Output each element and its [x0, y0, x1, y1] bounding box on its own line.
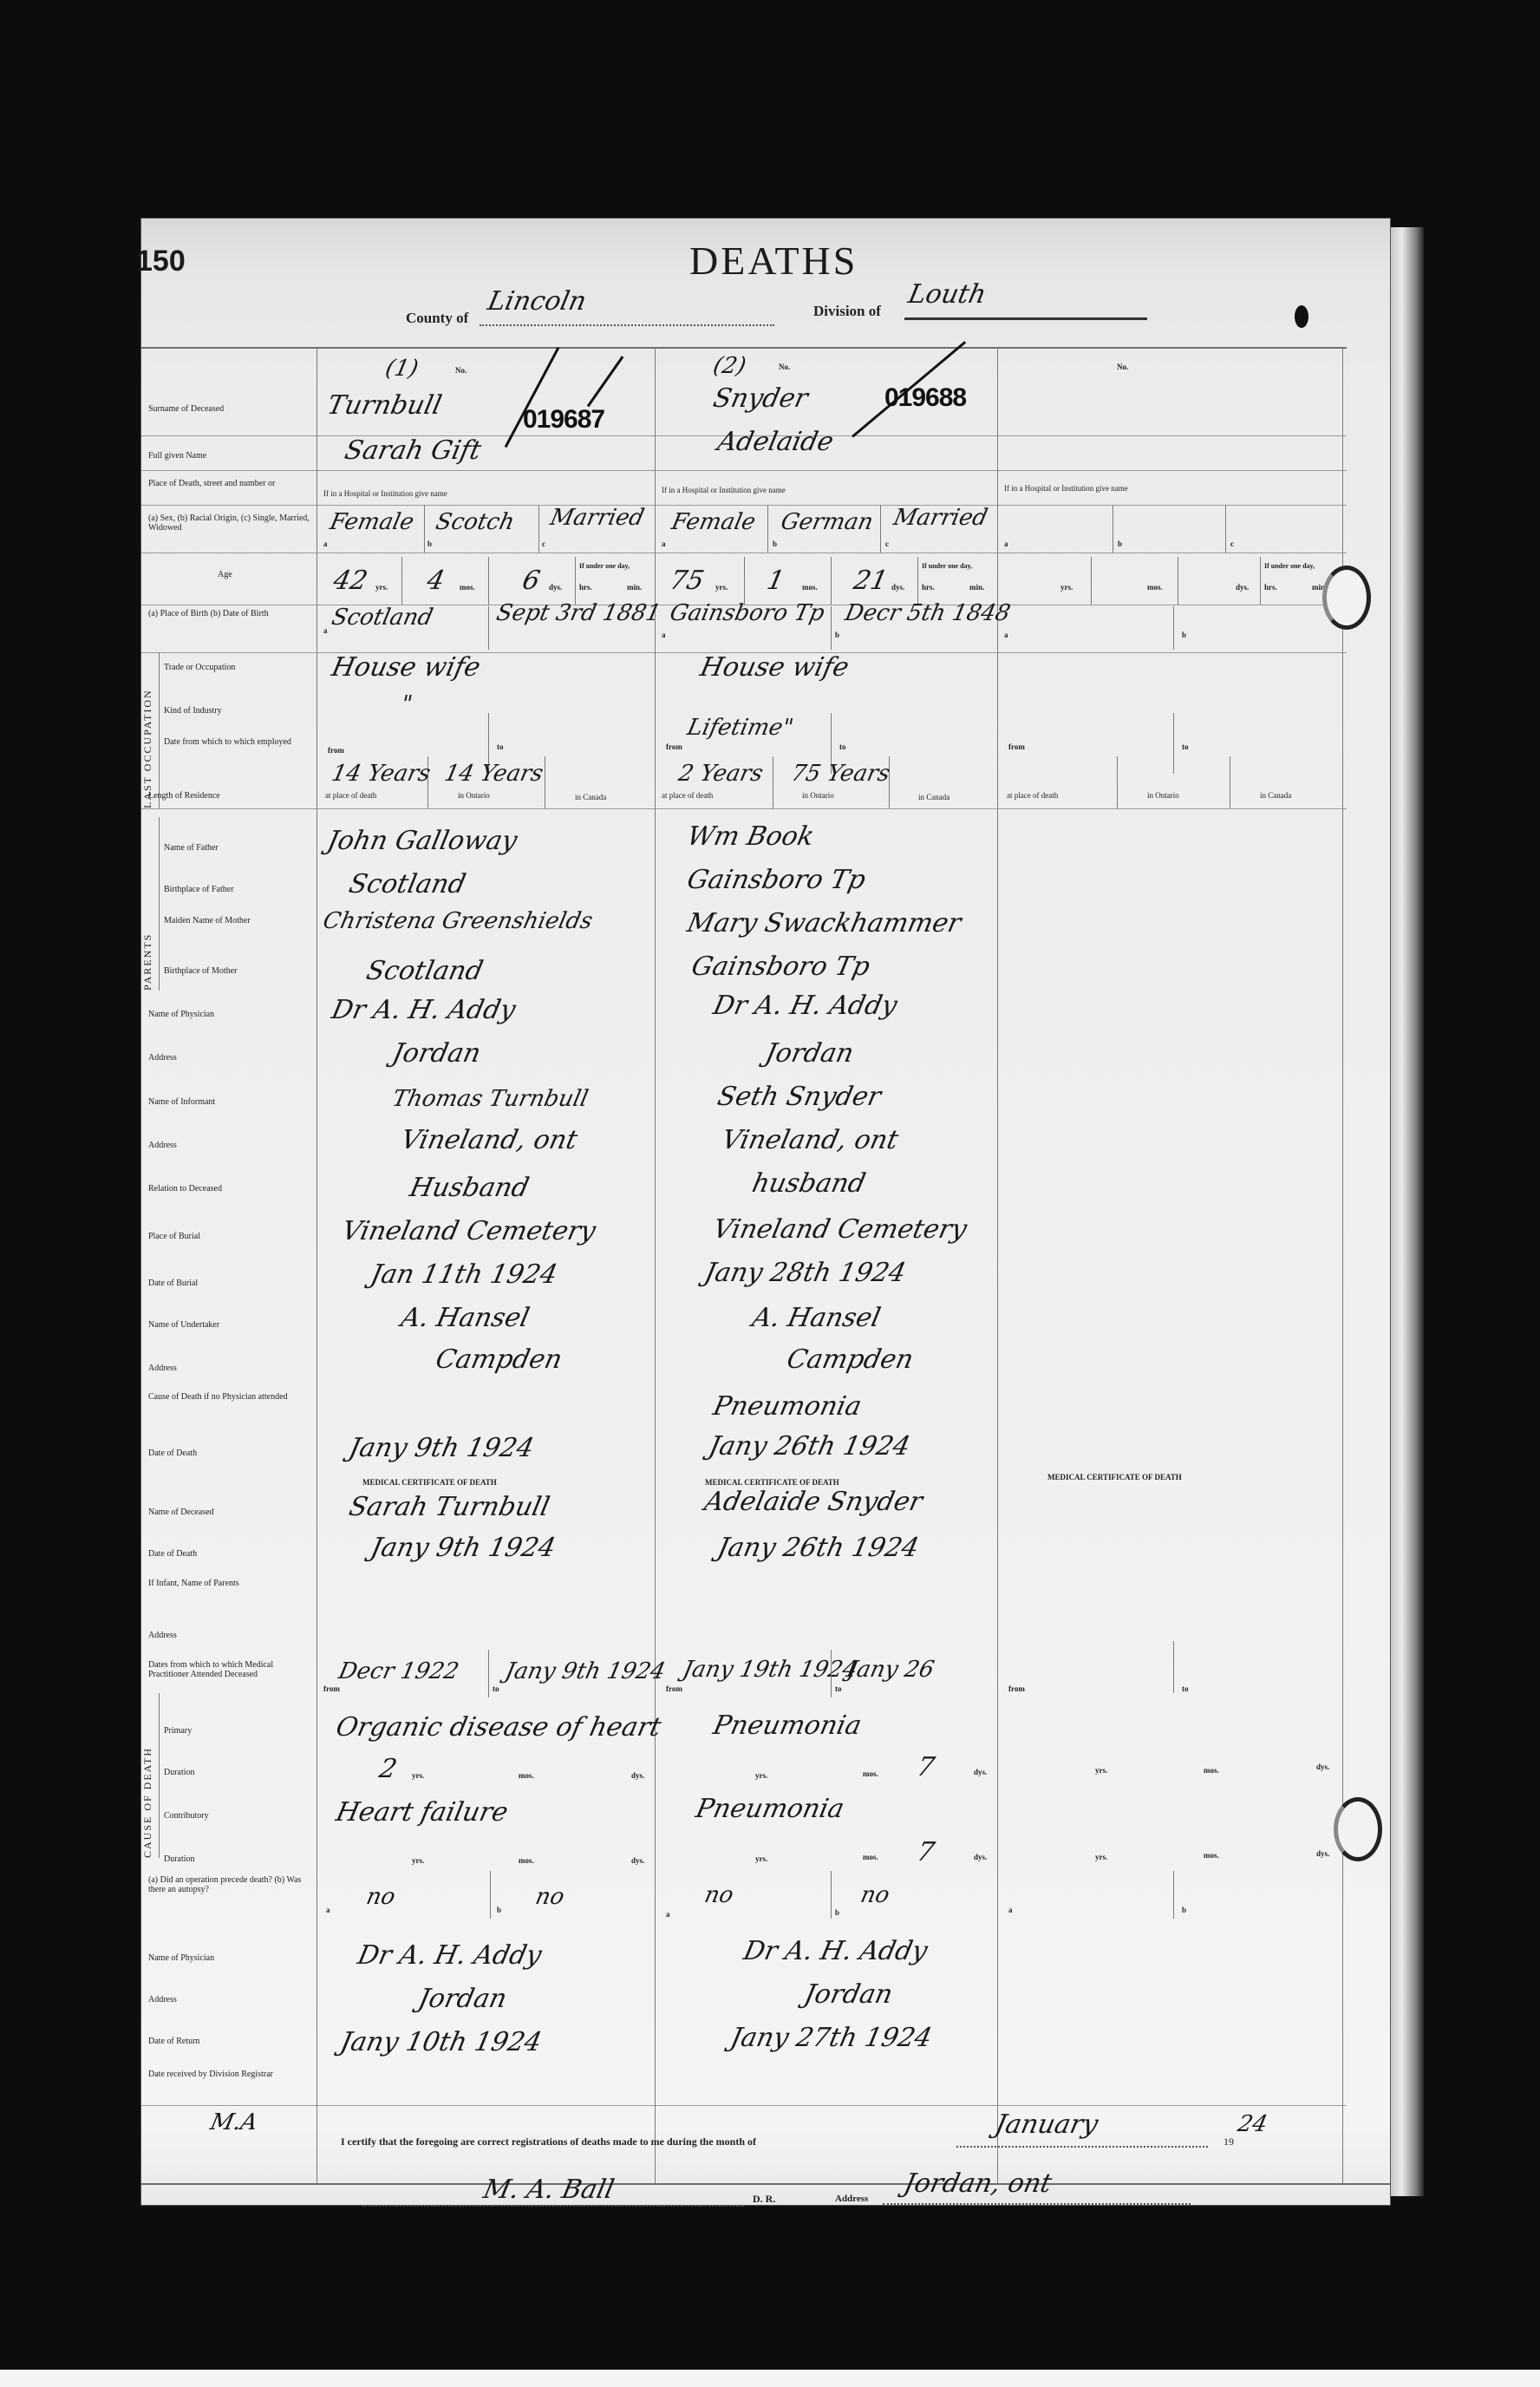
label-cert-name: Name of Deceased: [148, 1507, 214, 1517]
record-1-date-of-return: Jany 10th 1924: [337, 2027, 545, 2057]
label-physician: Name of Physician: [148, 1010, 214, 1019]
binder-hole-bottom: [1334, 1797, 1382, 1861]
label-employed: Date from which to which employed: [164, 737, 303, 747]
record-1-age-mos: 4: [424, 566, 447, 596]
record-2-physician-address: Jordan: [762, 1038, 856, 1069]
month-line: [956, 2146, 1208, 2148]
address-line: [883, 2203, 1191, 2205]
record-2-informant: Seth Snyder: [715, 1082, 884, 1112]
record-1-father: John Galloway: [324, 826, 519, 856]
record-1-contributory: Heart failure: [333, 1797, 511, 1828]
record-1-trade: House wife: [329, 652, 483, 683]
label-father-birthplace: Birthplace of Father: [164, 885, 234, 894]
record-2-age-yrs: 75: [667, 566, 707, 596]
record-1-mother-birthplace: Scotland: [363, 956, 486, 986]
record-1-relation: Husband: [407, 1173, 532, 1203]
hospital-note-3: If in a Hospital or Institution give nam…: [1004, 484, 1128, 493]
record-1-industry: ": [399, 691, 414, 717]
record-2-age-mos: 1: [764, 566, 787, 596]
record-2-primary-cause: Pneumonia: [710, 1710, 864, 1741]
record-2-birth-date: Decr 5th 1848: [843, 600, 1013, 626]
record-2-number: (2): [711, 353, 748, 379]
label-relation: Relation to Deceased: [148, 1184, 222, 1193]
label-operation: (a) Did an operation precede death? (b) …: [148, 1875, 304, 1894]
label-sex-origin: (a) Sex, (b) Racial Origin, (c) Single, …: [148, 513, 313, 533]
record-1-res-ontario: 14 Years: [442, 761, 545, 787]
hospital-note-1: If in a Hospital or Institution give nam…: [323, 489, 447, 498]
label-informant-address: Address: [148, 1141, 177, 1150]
label-surname: Surname of Deceased: [148, 404, 224, 414]
record-1-stamp: 019687: [523, 405, 604, 435]
record-1-date-of-death: Jany 9th 1924: [346, 1433, 537, 1463]
dr-label: D. R.: [753, 2193, 775, 2205]
registrar-signature: M. A. Ball: [480, 2174, 617, 2205]
page-fold-edge: [1387, 227, 1424, 2196]
record-2-burial-place: Vineland Cemetery: [710, 1214, 969, 1245]
division-value: Louth: [905, 279, 989, 310]
no-label-1: No.: [455, 366, 467, 375]
record-1-number: (1): [383, 356, 421, 382]
record-1-attended-to: Jany 9th 1924: [503, 1658, 668, 1684]
label-primary: Primary: [164, 1726, 192, 1736]
label-residence: Length of Residence: [148, 791, 220, 801]
record-1-informant-address: Vineland, ont: [398, 1125, 580, 1155]
record-2-cert-physician: Dr A. H. Addy: [741, 1936, 930, 1966]
record-1-given-name: Sarah Gift: [342, 435, 484, 466]
record-2-mother-maiden: Mary Swackhammer: [684, 908, 963, 938]
record-2-age-dys: 21: [851, 566, 891, 596]
record-2-date-of-death: Jany 26th 1924: [706, 1431, 913, 1462]
record-1-origin: Scotch: [434, 509, 517, 535]
record-2-given-name: Adelaide: [715, 427, 836, 457]
record-2-primary-dys: 7: [914, 1752, 937, 1782]
record-2-physician: Dr A. H. Addy: [710, 991, 899, 1021]
record-2-origin: German: [779, 509, 876, 535]
med-cert-heading-3: MEDICAL CERTIFICATE OF DEATH: [1047, 1473, 1182, 1481]
record-2-operation: no: [702, 1882, 736, 1908]
label-undertaker-address: Address: [148, 1364, 177, 1373]
page-number: 150: [136, 245, 186, 278]
certify-text: I certify that the foregoing are correct…: [341, 2135, 756, 2148]
record-1-cert-physician-address: Jordan: [415, 1984, 509, 2014]
no-label-2: No.: [779, 363, 790, 371]
record-2-mother-birthplace: Gainsboro Tp: [688, 952, 872, 982]
record-2-cert-name: Adelaide Snyder: [701, 1487, 925, 1517]
label-attended: Dates from which to which Medical Practi…: [148, 1660, 304, 1679]
record-2-cert-physician-address: Jordan: [801, 1979, 895, 2010]
label-parents: PARENTS: [141, 817, 154, 991]
record-1-cert-date-of-death: Jany 9th 1924: [368, 1533, 558, 1563]
label-age: Age: [218, 570, 232, 579]
record-1-operation: no: [364, 1884, 398, 1910]
address-label: Address: [835, 2193, 868, 2205]
label-duration-primary: Duration: [164, 1768, 195, 1777]
label-birth: (a) Place of Birth (b) Date of Birth: [148, 609, 278, 618]
label-cause-no-physician: Cause of Death if no Physician attended: [148, 1392, 304, 1402]
record-1-burial-place: Vineland Cemetery: [339, 1216, 598, 1246]
record-1-age-dys: 6: [519, 566, 543, 596]
binder-hole-top: [1322, 566, 1371, 630]
record-2-undertaker: A. Hansel: [749, 1303, 883, 1333]
footer-address: Jordan, ont: [901, 2168, 1054, 2199]
record-2-father: Wm Book: [684, 821, 817, 852]
label-cert-physician: Name of Physician: [148, 1953, 214, 1963]
record-2-attended-from: Jany 19th 1924: [681, 1657, 860, 1683]
label-infant-address: Address: [148, 1631, 177, 1640]
record-1-undertaker: A. Hansel: [398, 1303, 532, 1333]
record-2-trade: House wife: [697, 652, 852, 683]
record-1-autopsy: no: [533, 1884, 567, 1910]
record-2-informant-address: Vineland, ont: [719, 1125, 901, 1155]
record-2-father-birthplace: Gainsboro Tp: [684, 865, 868, 895]
label-date-received: Date received by Division Registrar: [148, 2070, 296, 2079]
footer-month: January: [992, 2109, 1100, 2140]
division-label: Division of: [813, 305, 881, 317]
record-1-primary-yrs: 2: [376, 1754, 400, 1784]
record-3-sex-a: a: [1004, 540, 1008, 548]
med-cert-heading-1: MEDICAL CERTIFICATE OF DEATH: [362, 1478, 497, 1487]
county-value: Lincoln: [485, 286, 589, 317]
label-duration-contributory: Duration: [164, 1854, 195, 1864]
label-date-of-return: Date of Return: [148, 2037, 199, 2046]
year-suffix: 24: [1236, 2111, 1269, 2137]
registrar-line: [362, 2205, 744, 2207]
record-2-undertaker-address: Campden: [784, 1344, 916, 1375]
label-cert-physician-address: Address: [148, 1995, 177, 2004]
label-physician-address: Address: [148, 1053, 177, 1063]
record-1-cert-name: Sarah Turnbull: [346, 1492, 552, 1522]
record-1-res-place: 14 Years: [330, 761, 433, 787]
record-1-primary-cause: Organic disease of heart: [333, 1712, 663, 1743]
record-2-res-place: 2 Years: [676, 761, 766, 787]
death-register-page: 150 DEATHS County of Lincoln Division of…: [141, 219, 1390, 2205]
label-cert-date-of-death: Date of Death: [148, 1549, 197, 1559]
label-mother-maiden: Maiden Name of Mother: [164, 916, 259, 925]
record-2-relation: husband: [749, 1168, 868, 1199]
scan-bottom-strip: [0, 2370, 1540, 2387]
record-1-physician-address: Jordan: [389, 1038, 483, 1069]
label-cause-of-death: CAUSE OF DEATH: [141, 1693, 154, 1858]
label-mother-birthplace: Birthplace of Mother: [164, 966, 237, 976]
label-contributory: Contributory: [164, 1811, 209, 1821]
label-place-of-death: Place of Death, street and number or: [148, 479, 313, 488]
label-father: Name of Father: [164, 843, 219, 853]
label-date-of-death: Date of Death: [148, 1449, 197, 1458]
label-informant: Name of Informant: [148, 1097, 215, 1107]
label-industry: Kind of Industry: [164, 706, 222, 716]
record-1-cert-physician: Dr A. H. Addy: [355, 1940, 544, 1971]
label-undertaker: Name of Undertaker: [148, 1320, 219, 1330]
rule: [141, 347, 1347, 349]
record-2-burial-date: Jany 28th 1924: [701, 1258, 909, 1288]
record-2-autopsy: no: [858, 1882, 892, 1908]
record-1-burial-date: Jan 11th 1924: [368, 1259, 560, 1290]
label-burial-date: Date of Burial: [148, 1279, 198, 1288]
med-cert-heading-2: MEDICAL CERTIFICATE OF DEATH: [705, 1478, 839, 1487]
record-1-physician: Dr A. H. Addy: [329, 995, 518, 1025]
record-2-cert-date-of-death: Jany 26th 1924: [715, 1533, 922, 1563]
county-line: [480, 324, 774, 326]
label-last-occupation: LAST OCCUPATION: [141, 652, 154, 808]
year-prefix: 19: [1224, 2135, 1234, 2148]
record-2-birth-place: Gainsboro Tp: [668, 600, 827, 626]
record-2-industry: Lifetime": [685, 715, 796, 741]
label-given-name: Full given Name: [148, 451, 206, 461]
label-burial-place: Place of Burial: [148, 1232, 200, 1241]
record-1-sex: Female: [328, 509, 416, 535]
record-2-marital: Married: [891, 505, 990, 531]
record-2-contrib-dys: 7: [914, 1837, 937, 1867]
ink-dot: [1295, 305, 1308, 328]
page-title: DEATHS: [689, 238, 858, 284]
record-1-mother-maiden: Christena Greenshields: [321, 908, 595, 934]
record-1-age-yrs: 42: [330, 566, 370, 596]
record-2-contributory: Pneumonia: [693, 1794, 846, 1824]
division-line: [904, 317, 1147, 320]
record-1-birth-date: Sept 3rd 1881: [494, 600, 663, 626]
record-2-attended-to: Jany 26: [845, 1657, 936, 1683]
record-1-birth-place: Scotland: [330, 605, 435, 631]
hospital-note-2: If in a Hospital or Institution give nam…: [662, 486, 786, 494]
no-label-3: No.: [1117, 363, 1128, 371]
record-1-father-birthplace: Scotland: [346, 869, 468, 899]
record-2-res-ontario: 75 Years: [789, 761, 892, 787]
record-1-undertaker-address: Campden: [433, 1344, 564, 1375]
county-label: County of: [406, 312, 468, 324]
record-2-surname: Snyder: [710, 383, 811, 414]
footer-initials: M.A: [208, 2109, 260, 2135]
record-2-sex: Female: [669, 509, 758, 535]
record-1-informant: Thomas Turnbull: [390, 1086, 591, 1112]
label-trade: Trade or Occupation: [164, 663, 235, 672]
record-2-date-of-return: Jany 27th 1924: [728, 2023, 935, 2053]
record-1-attended-from: Decr 1922: [336, 1658, 461, 1684]
label-infant-parents: If Infant, Name of Parents: [148, 1579, 252, 1588]
record-2-cause-no-physician: Pneumonia: [710, 1391, 864, 1422]
column-rule: [316, 347, 317, 2183]
record-1-surname: Turnbull: [324, 390, 444, 421]
record-1-marital: Married: [548, 505, 647, 531]
